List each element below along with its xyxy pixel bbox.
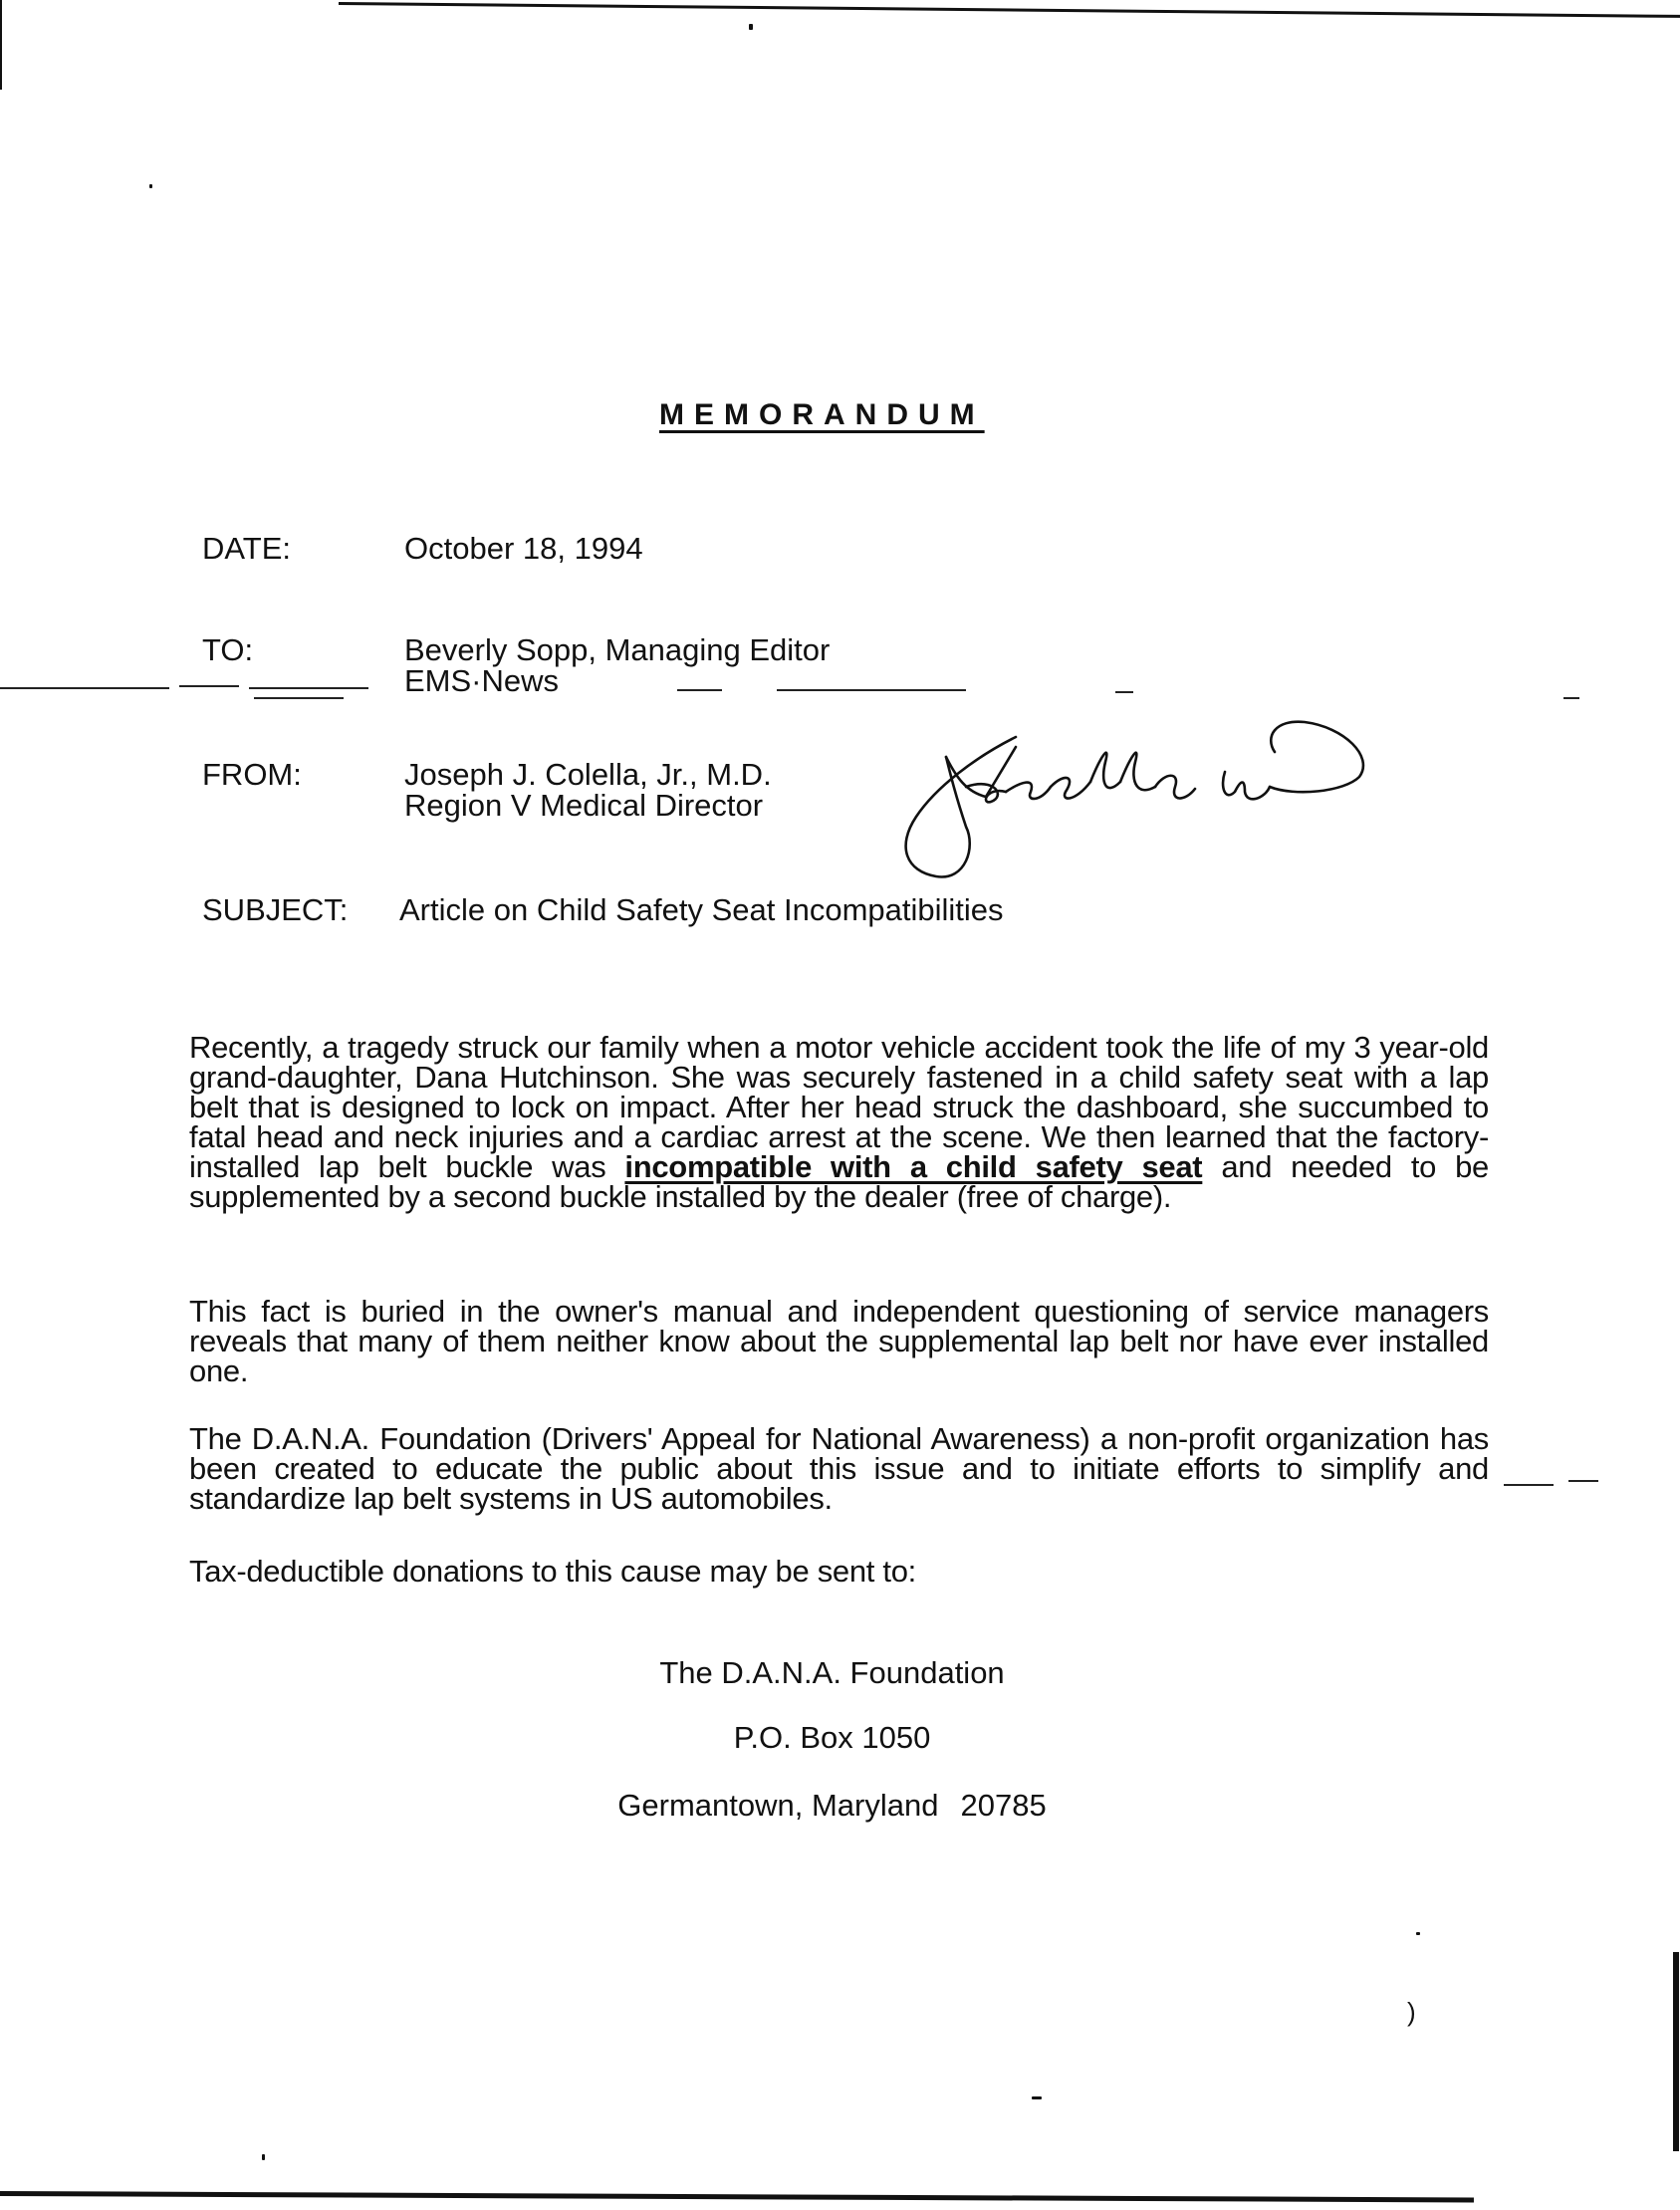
scan-speck xyxy=(1032,2096,1042,2099)
memo-title: MEMORANDUM xyxy=(659,398,985,432)
address-line-3: Germantown, Maryland20785 xyxy=(0,1788,1672,1824)
scan-speck xyxy=(1416,1932,1420,1935)
from-value: Joseph J. Colella, Jr., M.D. Region V Me… xyxy=(404,759,772,821)
sender-title: Region V Medical Director xyxy=(404,790,772,821)
scan-speck xyxy=(749,24,753,30)
scan-speck xyxy=(262,2154,265,2160)
scan-dash xyxy=(1504,1484,1554,1486)
scan-dash xyxy=(1568,1480,1598,1482)
subject-label: SUBJECT: xyxy=(202,894,348,925)
scan-dash xyxy=(0,687,169,689)
scan-speck xyxy=(149,184,152,188)
scan-dash xyxy=(179,685,239,687)
to-label: TO: xyxy=(202,634,253,665)
sender-name: Joseph J. Colella, Jr., M.D. xyxy=(404,759,772,790)
scan-dash xyxy=(254,697,344,699)
scan-mark-paren: ) xyxy=(1407,1997,1416,2028)
recipient-name: Beverly Sopp, Managing Editor xyxy=(404,634,830,665)
date-label: DATE: xyxy=(202,533,291,564)
scan-edge-left xyxy=(0,0,2,90)
address-city: Germantown, Maryland xyxy=(617,1788,938,1823)
recipient-org: EMS·News xyxy=(404,665,830,696)
scan-edge-right xyxy=(1673,1952,1679,2151)
body-paragraph-4: Tax-deductible donations to this cause m… xyxy=(189,1557,1489,1587)
address-line-2: P.O. Box 1050 xyxy=(0,1720,1672,1756)
from-label: FROM: xyxy=(202,759,302,790)
body-paragraph-1: Recently, a tragedy struck our family wh… xyxy=(189,1033,1489,1212)
date-value: October 18, 1994 xyxy=(404,533,643,564)
to-value: Beverly Sopp, Managing Editor EMS·News xyxy=(404,634,830,696)
signature-icon xyxy=(827,717,1384,886)
scan-dash xyxy=(1115,691,1133,693)
scan-dash xyxy=(249,687,368,689)
scan-dash xyxy=(1563,697,1579,699)
scan-border-top xyxy=(339,2,1680,18)
body-paragraph-3: The D.A.N.A. Foundation (Drivers' Appeal… xyxy=(189,1424,1489,1514)
address-zip: 20785 xyxy=(960,1788,1046,1823)
scan-border-bottom xyxy=(0,2191,1474,2202)
body-paragraph-2: This fact is buried in the owner's manua… xyxy=(189,1297,1489,1386)
address-line-1: The D.A.N.A. Foundation xyxy=(0,1655,1672,1691)
subject-value: Article on Child Safety Seat Incompatibi… xyxy=(399,894,1004,925)
